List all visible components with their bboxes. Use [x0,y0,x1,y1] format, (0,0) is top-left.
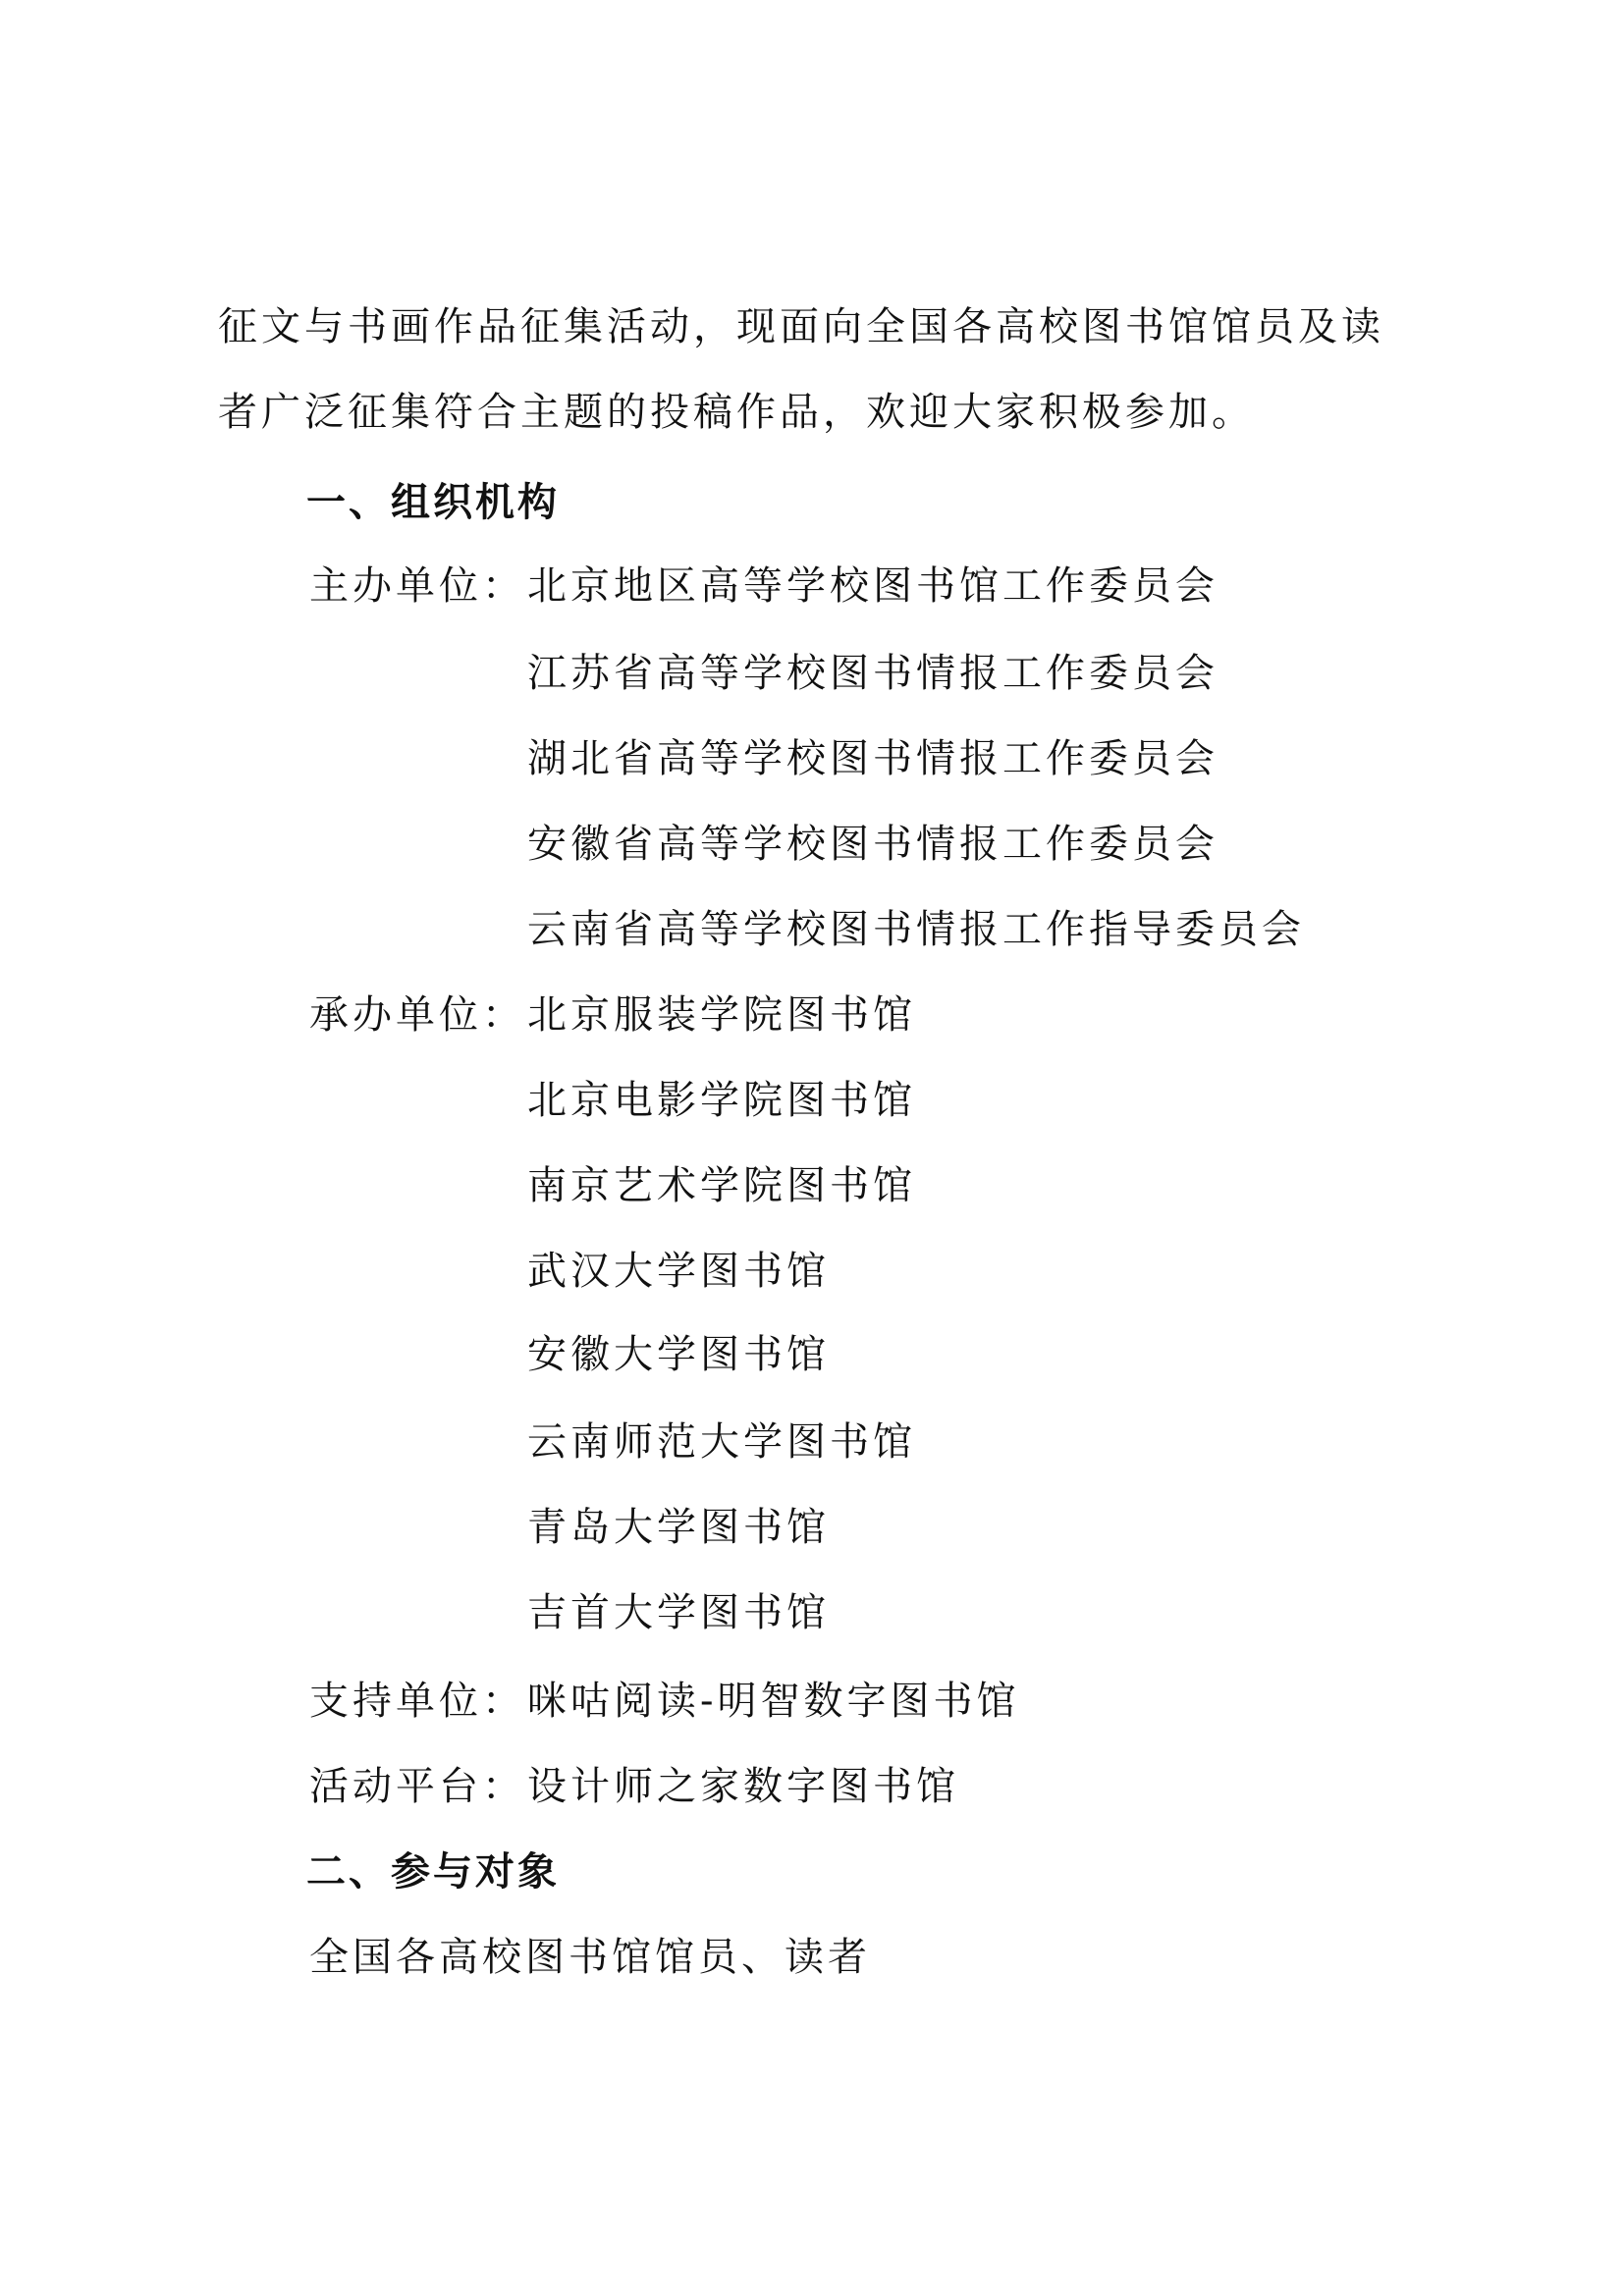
co-organizer-item: 吉首大学图书馆 [527,1589,830,1636]
platform-value: 设计师之家数字图书馆 [527,1763,959,1810]
co-organizer-item: 北京电影学院图书馆 [527,1077,916,1124]
co-organizer-item: 北京服装学院图书馆 [527,991,916,1039]
co-organizer-item: 武汉大学图书馆 [527,1248,830,1295]
organizer-item: 江苏省高等学校图书情报工作委员会 [527,650,1218,697]
organizer-item: 北京地区高等学校图书馆工作委员会 [527,562,1218,610]
organizer-item: 云南省高等学校图书情报工作指导委员会 [527,906,1305,953]
organizer-item: 安徽省高等学校图书情报工作委员会 [527,821,1218,868]
section-heading-organization: 一、组织机构 [306,479,560,526]
organizers-label: 主办单位： [309,562,525,610]
section-heading-participants: 二、参与对象 [306,1848,560,1896]
co-organizer-item: 南京艺术学院图书馆 [527,1162,916,1209]
co-organizer-item: 安徽大学图书馆 [527,1331,830,1378]
co-organizers-label: 承办单位： [309,991,525,1039]
intro-line-2: 者广泛征集符合主题的投稿作品，欢迎大家积极参加。 [218,389,1255,436]
platform-label: 活动平台： [309,1763,525,1810]
supporter-label: 支持单位： [309,1678,525,1725]
intro-line-1: 征文与书画作品征集活动，现面向全国各高校图书馆馆员及读 [218,303,1384,350]
co-organizer-item: 青岛大学图书馆 [527,1504,830,1551]
supporter-value: 咪咕阅读-明智数字图书馆 [527,1678,1020,1725]
organizer-item: 湖北省高等学校图书情报工作委员会 [527,735,1218,782]
co-organizer-item: 云南师范大学图书馆 [527,1418,916,1466]
participants-body: 全国各高校图书馆馆员、读者 [309,1934,871,1981]
